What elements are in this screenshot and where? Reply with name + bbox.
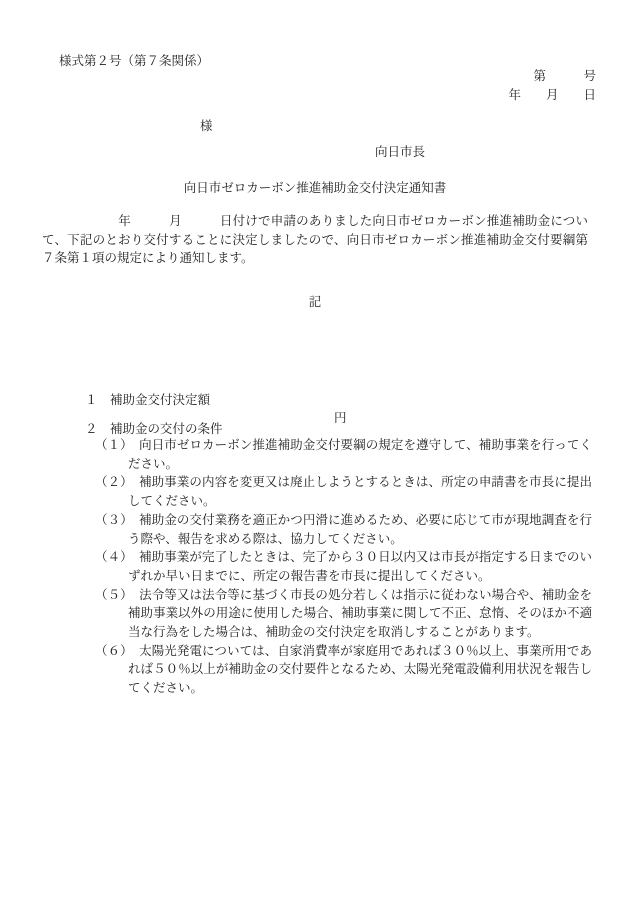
body-paragraph: 年 月 日付けで申請のありました向日市ゼロカーボン推進補助金について、下記のとお… (42, 212, 588, 268)
notice-document-page: 様式第２号（第７条関係） 第 号 年 月 日 様 向日市長 向日市ゼロカーボン推… (0, 0, 630, 903)
ki-marker: 記 (0, 293, 630, 312)
form-number: 様式第２号（第７条関係） (59, 52, 209, 71)
document-title: 向日市ゼロカーボン推進補助金交付決定通知書 (0, 179, 630, 198)
decision-amount-label: １ 補助金交付決定額 (85, 391, 210, 410)
document-number-line: 第 号 (533, 67, 596, 86)
issue-date-line: 年 月 日 (508, 86, 596, 105)
condition-item-6: （６） 太陽光発電については、自家消費率が家庭用であれば３０％以上、事業所用であ… (95, 642, 592, 698)
conditions-list: （１） 向日市ゼロカーボン推進補助金交付要綱の規定を遵守して、補助事業を行ってく… (95, 436, 592, 698)
condition-item-1: （１） 向日市ゼロカーボン推進補助金交付要綱の規定を遵守して、補助事業を行ってく… (95, 436, 592, 473)
decision-amount-unit-yen: 円 (334, 409, 347, 428)
condition-item-4: （４） 補助事業が完了したときは、完了から３０日以内又は市長が指定する日までのい… (95, 548, 592, 585)
condition-item-5: （５） 法令等又は法令等に基づく市長の処分若しくは指示に従わない場合や、補助金を… (95, 586, 592, 642)
addressee-suffix: 様 (200, 117, 213, 136)
sender-mayor: 向日市長 (375, 143, 425, 162)
condition-item-3: （３） 補助金の交付業務を適正かつ円滑に進めるため、必要に応じて市が現地調査を行… (95, 511, 592, 548)
condition-item-2: （２） 補助事業の内容を変更又は廃止しようとするときは、所定の申請書を市長に提出… (95, 473, 592, 510)
